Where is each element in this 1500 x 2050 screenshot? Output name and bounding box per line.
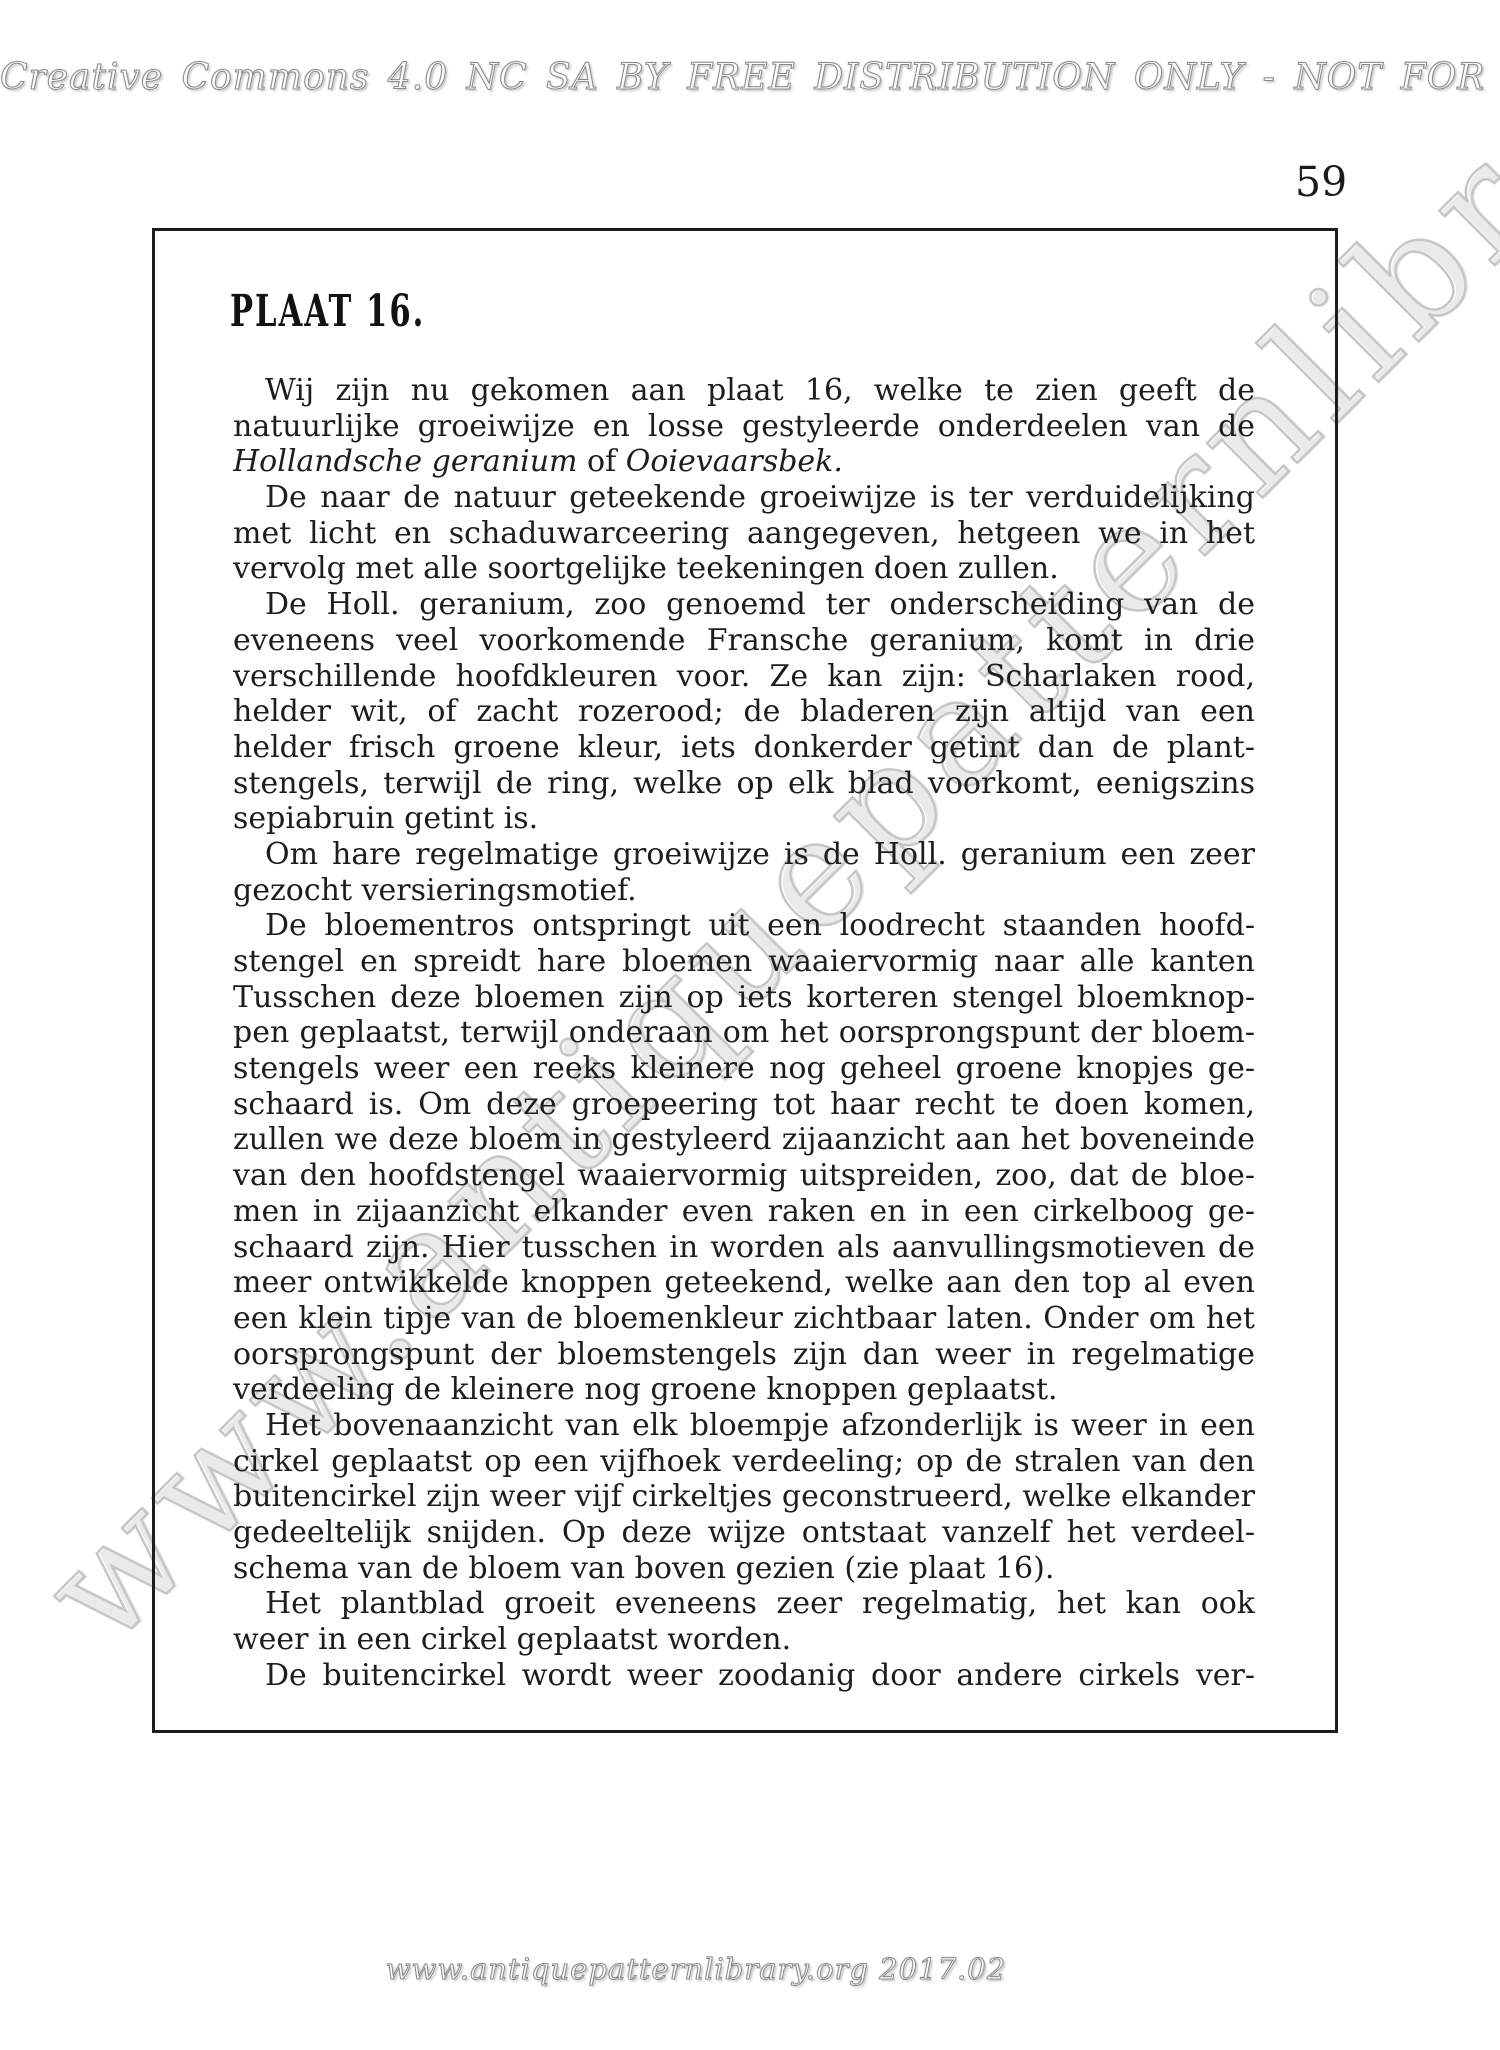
footer-watermark: www.antiquepatternlibrary.org 2017.02 [0,1952,1392,1986]
body-line: een klein tipje van de bloemenkleur zich… [233,1301,1255,1337]
body-line: buitencirkel zijn weer vijf cirkeltjes g… [233,1479,1255,1515]
body-line: De buitencirkel wordt weer zoodanig door… [233,1658,1255,1694]
text-frame-border: PLAAT 16. Wij zijn nu gekomen aan plaat … [152,228,1338,1733]
body-line: sepiabruin getint is. [233,801,1255,837]
body-line: men in zijaanzicht elkander even raken e… [233,1194,1255,1230]
body-line: gezocht versieringsmotief. [233,873,1255,909]
body-line: van den hoofdstengel waaiervormig uitspr… [233,1158,1255,1194]
body-line: natuurlijke groeiwijze en losse gestylee… [233,409,1255,445]
body-line: stengels weer een reeks kleinere nog geh… [233,1051,1255,1087]
body-line: Het bovenaanzicht van elk bloempje afzon… [233,1408,1255,1444]
body-line: gedeeltelijk snijden. Op deze wijze onts… [233,1515,1255,1551]
body-line: helder wit, of zacht rozerood; de blader… [233,694,1255,730]
page-number: 59 [1295,158,1347,206]
body-line: stengel en spreidt hare bloemen waaiervo… [233,944,1255,980]
body-line: eveneens veel voorkomende Fransche geran… [233,623,1255,659]
body-line: pen geplaatst, terwijl onderaan om het o… [233,1015,1255,1051]
body-line: cirkel geplaatst op een vijfhoek verdeel… [233,1444,1255,1480]
body-line: Het plantblad groeit eveneens zeer regel… [233,1586,1255,1622]
plate-heading: PLAAT 16. [230,287,425,338]
body-line: schaard is. Om deze groepeering tot haar… [233,1087,1255,1123]
body-line: meer ontwikkelde knoppen geteekend, welk… [233,1265,1255,1301]
body-line: verschillende hoofdkleuren voor. Ze kan … [233,659,1255,695]
body-line: De Holl. geranium, zoo genoemd ter onder… [233,587,1255,623]
body-line: verdeeling de kleinere nog groene knoppe… [233,1372,1255,1408]
body-line: Tusschen deze bloemen zijn op iets korte… [233,980,1255,1016]
body-line: Wij zijn nu gekomen aan plaat 16, welke … [233,373,1255,409]
body-line: De naar de natuur geteekende groeiwijze … [233,480,1255,516]
body-line: stengels, terwijl de ring, welke op elk … [233,766,1255,802]
body-line: weer in een cirkel geplaatst worden. [233,1622,1255,1658]
body-line: helder frisch groene kleur, iets donkerd… [233,730,1255,766]
body-text: Wij zijn nu gekomen aan plaat 16, welke … [233,373,1255,1693]
body-line: Om hare regelmatige groeiwijze is de Hol… [233,837,1255,873]
body-line: schaard zijn. Hier tusschen in worden al… [233,1230,1255,1266]
body-line: oorsprongspunt der bloemstengels zijn da… [233,1337,1255,1373]
body-line: Hollandsche geranium of Ooievaarsbek. [233,444,1255,480]
body-line: De bloementros ontspringt uit een loodre… [233,908,1255,944]
license-header: Creative Commons 4.0 NC SA BY FREE DISTR… [0,57,1460,98]
body-line: vervolg met alle soortgelijke teekeninge… [233,551,1255,587]
body-line: zullen we deze bloem in gestyleerd zijaa… [233,1122,1255,1158]
body-line: met licht en schaduwarceering aangegeven… [233,516,1255,552]
body-line: schema van de bloem van boven gezien (zi… [233,1551,1255,1587]
scanned-book-page: Creative Commons 4.0 NC SA BY FREE DISTR… [0,0,1500,2050]
